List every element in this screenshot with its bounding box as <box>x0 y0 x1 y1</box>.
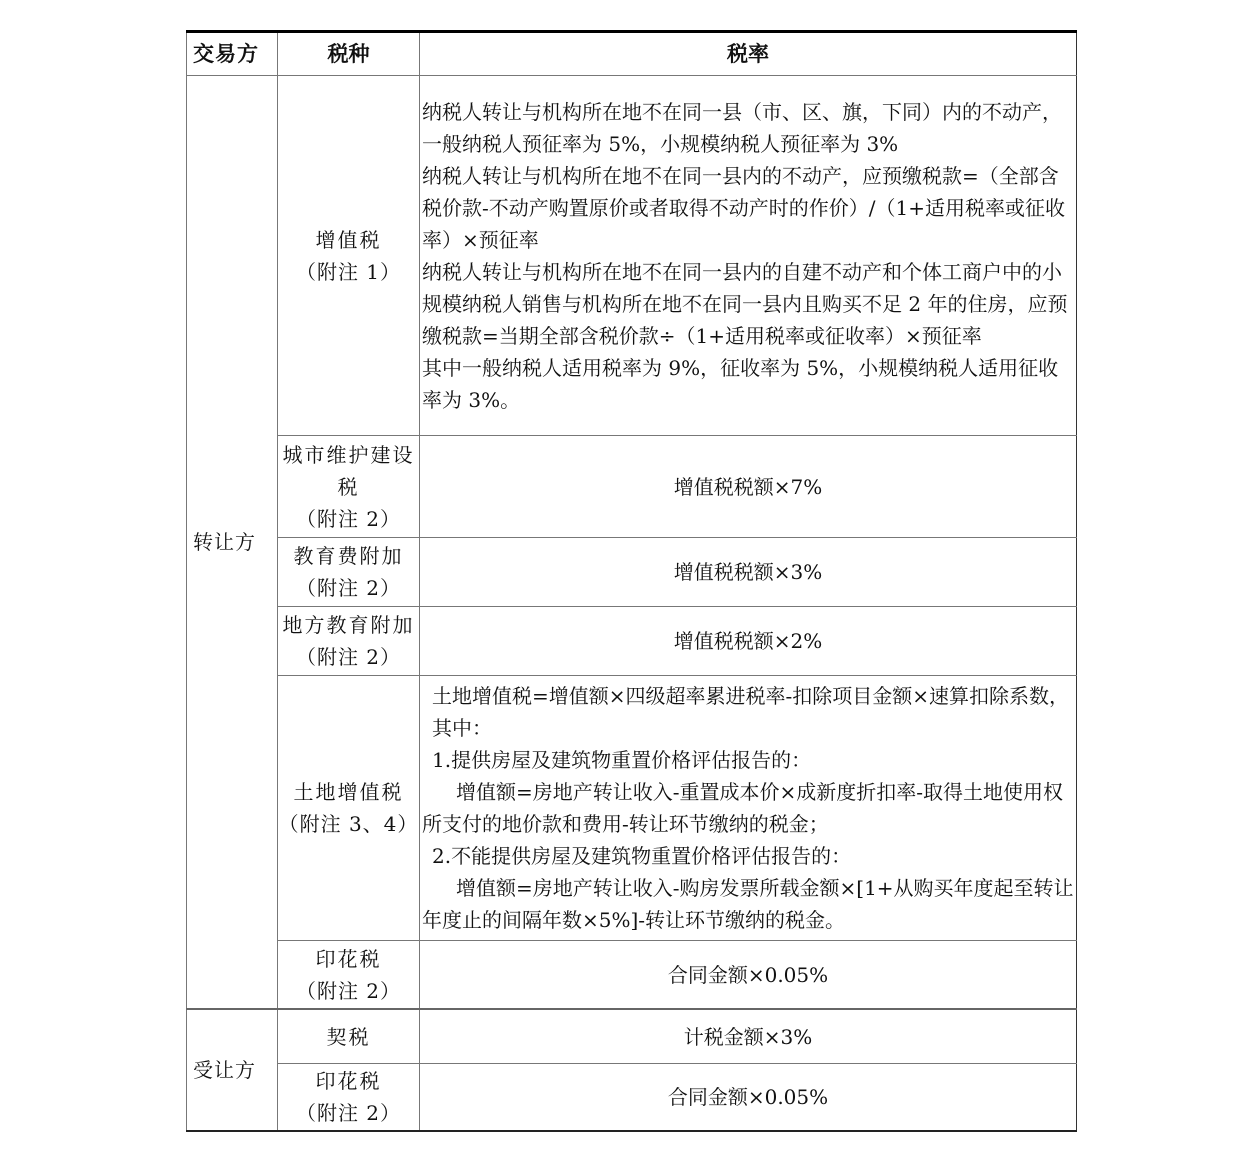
table-row: 城市维护建设税 （附注 2） 增值税税额×7% <box>187 436 1077 538</box>
table-row: 土地增值税 （附注 3、4） 土地增值税=增值额×四级超率累进税率-扣除项目金额… <box>187 676 1077 941</box>
table-row: 印花税 （附注 2） 合同金额×0.05% <box>187 941 1077 1010</box>
tax-name: 教育费附加 <box>294 544 404 568</box>
header-party: 交易方 <box>187 32 278 76</box>
tax-note: （附注 2） <box>278 975 419 1007</box>
tax-name: 印花税 <box>316 947 382 971</box>
party-cell-transferee: 受让方 <box>187 1009 278 1131</box>
rate-cell: 计税金额×3% <box>420 1009 1077 1064</box>
tax-name-cell: 地方教育附加 （附注 2） <box>278 607 420 676</box>
rate-line: 增值额=房地产转让收入-重置成本价×成新度折扣率-取得土地使用权所支付的地价款和… <box>422 776 1074 840</box>
rate-line: 其中一般纳税人适用税率为 9%，征收率为 5%，小规模纳税人适用征收率为 3%。 <box>422 352 1074 416</box>
party-cell-transferor: 转让方 <box>187 76 278 1010</box>
tax-name: 城市维护建设税 <box>283 443 415 499</box>
tax-name-cell: 土地增值税 （附注 3、4） <box>278 676 420 941</box>
tax-note: （附注 3、4） <box>278 808 419 840</box>
rate-cell: 增值税税额×3% <box>420 538 1077 607</box>
table-row: 受让方 契税 计税金额×3% <box>187 1009 1077 1064</box>
header-tax-type: 税种 <box>278 32 420 76</box>
header-rate: 税率 <box>420 32 1077 76</box>
tax-name: 增值税 <box>316 228 382 252</box>
rate-cell: 土地增值税=增值额×四级超率累进税率-扣除项目金额×速算扣除系数，其中： 1.提… <box>420 676 1077 941</box>
tax-name-cell: 契税 <box>278 1009 420 1064</box>
rate-line: 1.提供房屋及建筑物重置价格评估报告的： <box>422 744 1074 776</box>
tax-name: 印花税 <box>316 1069 382 1093</box>
table-row: 教育费附加 （附注 2） 增值税税额×3% <box>187 538 1077 607</box>
tax-name-cell: 印花税 （附注 2） <box>278 941 420 1010</box>
tax-name-cell: 印花税 （附注 2） <box>278 1064 420 1132</box>
rate-line-text: 增值额=房地产转让收入-购房发票所载金额×[1+从购买年度起至转让年度止的间隔年… <box>422 876 1074 932</box>
rate-line: 纳税人转让与机构所在地不在同一县内的自建不动产和个体工商户中的小规模纳税人销售与… <box>422 256 1074 352</box>
tax-name-cell: 增值税 （附注 1） <box>278 76 420 436</box>
rate-cell: 合同金额×0.05% <box>420 941 1077 1010</box>
table-row: 转让方 增值税 （附注 1） 纳税人转让与机构所在地不在同一县（市、区、旗，下同… <box>187 76 1077 436</box>
table-row: 地方教育附加 （附注 2） 增值税税额×2% <box>187 607 1077 676</box>
tax-note: （附注 2） <box>278 503 419 535</box>
rate-line: 纳税人转让与机构所在地不在同一县内的不动产，应预缴税款=（全部含税价款-不动产购… <box>422 160 1074 256</box>
tax-note: （附注 2） <box>278 641 419 673</box>
tax-note: （附注 2） <box>278 572 419 604</box>
tax-rate-table: 交易方 税种 税率 转让方 增值税 （附注 1） 纳税人转让与机构所在地不在同一… <box>186 30 1077 1132</box>
rate-line: 土地增值税=增值额×四级超率累进税率-扣除项目金额×速算扣除系数，其中： <box>422 680 1074 744</box>
tax-name: 地方教育附加 <box>283 613 415 637</box>
rate-line-text: 增值额=房地产转让收入-重置成本价×成新度折扣率-取得土地使用权所支付的地价款和… <box>422 780 1063 836</box>
tax-name-cell: 城市维护建设税 （附注 2） <box>278 436 420 538</box>
tax-name-cell: 教育费附加 （附注 2） <box>278 538 420 607</box>
rate-cell: 增值税税额×2% <box>420 607 1077 676</box>
table-row: 印花税 （附注 2） 合同金额×0.05% <box>187 1064 1077 1132</box>
tax-note: （附注 1） <box>278 256 419 288</box>
rate-line: 增值额=房地产转让收入-购房发票所载金额×[1+从购买年度起至转让年度止的间隔年… <box>422 872 1074 936</box>
rate-line: 2.不能提供房屋及建筑物重置价格评估报告的： <box>422 840 1074 872</box>
tax-note: （附注 2） <box>278 1097 419 1129</box>
rate-cell: 纳税人转让与机构所在地不在同一县（市、区、旗，下同）内的不动产，一般纳税人预征率… <box>420 76 1077 436</box>
header-row: 交易方 税种 税率 <box>187 32 1077 76</box>
tax-name: 土地增值税 <box>294 780 404 804</box>
tax-name: 契税 <box>327 1025 371 1049</box>
rate-cell: 增值税税额×7% <box>420 436 1077 538</box>
rate-line: 纳税人转让与机构所在地不在同一县（市、区、旗，下同）内的不动产，一般纳税人预征率… <box>422 96 1074 160</box>
rate-cell: 合同金额×0.05% <box>420 1064 1077 1132</box>
